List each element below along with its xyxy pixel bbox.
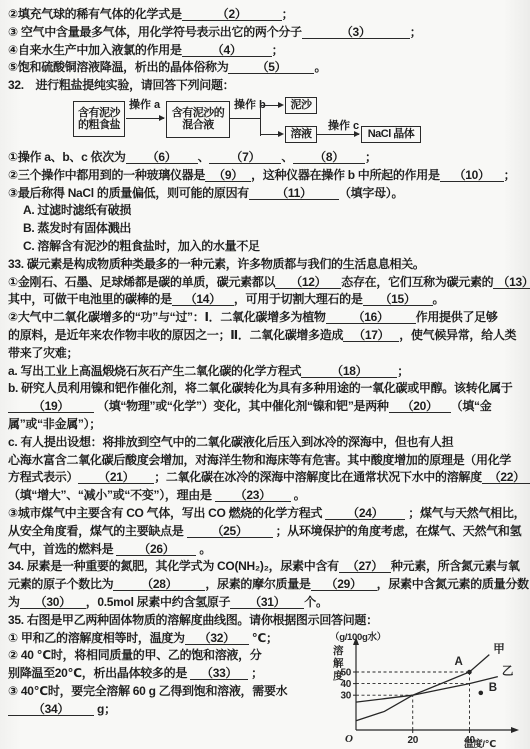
text-run: ③城市煤气中主要含有 CO 气体，写出 CO 燃烧的化学方程式 [8, 506, 325, 520]
text-run: 心海水富含二氧化碳后酸度会增加，对海洋生物和海床等有危害。其中酸度增加的原理是（… [8, 453, 511, 467]
text-run: ；煤气与天然气相比， [405, 506, 525, 520]
text-line: 属”或“非金属”）； [8, 416, 522, 434]
text-run: g； [94, 702, 116, 716]
text-run: 35. 右图是甲乙两种固体物质的溶解度曲线图。请你根据图示回答问题： [8, 613, 378, 627]
question-31-blanks: ②填充气球的稀有气体的化学式是（2）；③ 空气中含量最多气体，用化学符号表示出它… [8, 6, 522, 95]
text-line: ② 40 ℃时，将相同质量的甲、乙的饱和溶液，分 [8, 647, 326, 665]
answer-blank-11: （11） [249, 185, 339, 200]
text-run: A. 过滤时滤纸有破损 [23, 203, 131, 217]
text-run: 34. 尿素是一种重要的氮肥，其化学式为 CO(NH₂)₂，尿素中含有 [8, 559, 339, 573]
question-35-body: ① 甲和乙的溶解度相等时，温度为（32） ℃；② 40 ℃时，将相同质量的甲、乙… [8, 630, 522, 749]
text-run: 气中，首选的燃料是 [8, 542, 116, 556]
chart-x-axis-label: 温度/℃ [464, 738, 496, 749]
question-35-heading: 35. 右图是甲乙两种固体物质的溶解度曲线图。请你根据图示回答问题： [8, 612, 522, 630]
text-line: 元素的原子个数比为（28），尿素的摩尔质量是（29），尿素中含氮元素的质量分数 [8, 576, 522, 594]
text-run: 方程式表示） [8, 470, 78, 484]
text-run: ℃； [249, 631, 278, 645]
chart-point-label: A [454, 656, 462, 668]
flowchart-branch-bottom-head [278, 131, 284, 137]
flowchart-arrow-c-line [317, 134, 359, 135]
answer-blank-27: （27） [339, 558, 391, 573]
text-run: 带来了灾难； [8, 346, 78, 360]
answer-blank-28: （28） [113, 576, 205, 591]
purification-flowchart: 含有泥沙的粗食盐 操作 a 含有泥沙的混合液 操作 b 泥沙 溶液 操作 c N… [8, 97, 522, 147]
text-run: ⑤饱和硫酸铜溶液降温，析出的晶体俗称为 [8, 60, 228, 74]
text-run: ，可用于切割大理石的是 [234, 292, 363, 306]
text-run: 其中，可做干电池里的碳棒的是 [8, 292, 172, 306]
chart-series-label: 甲 [493, 642, 504, 655]
text-run: 、 [281, 150, 293, 164]
text-line: ②大气中二氧化碳增多的“功”与“过”：Ⅰ．二氧化碳增多为植物（16）作用提供了足… [8, 309, 522, 327]
text-run: 。 [433, 292, 445, 306]
text-line: ④自来水生产中加入液氯的作用是（4）； [8, 42, 522, 60]
text-run: ，0.5mol 尿素中约含氢原子 [86, 595, 231, 609]
answer-blank-6: （6） [126, 149, 198, 164]
answer-blank-31: （31） [230, 594, 304, 609]
text-line: 方程式表示）（21）；二氧化碳在冰冷的深海中溶解度比在通常状况下水中的溶解度（2… [8, 469, 522, 487]
text-run: 态存在，它们互称为碳元素的 [341, 275, 493, 289]
text-run: ②大气中二氧化碳增多的“功”与“过”：Ⅰ．二氧化碳增多为植物 [8, 310, 326, 324]
answer-blank-20: （20） [389, 398, 451, 413]
answer-blank-30: （30） [20, 594, 86, 609]
chart-series-label: 乙 [502, 664, 514, 677]
answer-blank-17: （17） [343, 327, 399, 342]
text-run: ； [248, 666, 263, 680]
text-line: （34） g； [8, 701, 326, 719]
chart-y-axis-label: 度 [333, 669, 344, 682]
text-line: （填“增大”、“减小”或“不变”），理由是 （23） 。 [8, 487, 522, 505]
chart-unit-label: （g/100g水） [330, 631, 386, 643]
text-line: B. 蒸发时有固体溅出 [8, 220, 522, 238]
text-run: 32. 进行粗盐提纯实验，请回答下列问题： [8, 78, 234, 92]
text-run: ； [365, 150, 377, 164]
text-run: ①金刚石、石墨、足球烯都是碳的单质，碳元素都以 [8, 275, 275, 289]
answer-blank-22: （22） [482, 469, 530, 484]
text-run: ；二氧化碳在冰冷的深海中溶解度比在通常状况下水中的溶解度 [154, 470, 482, 484]
text-run: 33. 碳元素是构成物质种类最多的一种元素，许多物质都与我们的生活息息相关。 [8, 257, 425, 271]
text-run: ③最后称得 NaCl 的质量偏低，则可能的原因有 [8, 186, 249, 200]
answer-blank-14: （14） [172, 291, 234, 306]
text-line: ②三个操作中都用到的一种玻璃仪器是（9），这种仪器在操作 b 中所起的作用是（1… [8, 167, 522, 185]
chart-y-tick-label: 30 [340, 690, 351, 701]
exam-page: ②填充气球的稀有气体的化学式是（2）；③ 空气中含量最多气体，用化学符号表示出它… [0, 0, 530, 749]
answer-blank-8: （8） [293, 149, 365, 164]
text-line: c. 有人提出设想：将排放到空气中的二氧化碳液化后压入到冰冷的深海中，但也有人担 [8, 434, 522, 452]
text-run: a. 写出工业上高温煅烧石灰石产生二氧化碳的化学方程式 [8, 364, 301, 378]
text-run: ②三个操作中都用到的一种玻璃仪器是 [8, 168, 205, 182]
text-run: （填“物理”或“化学”）变化，其中催化剂“镍和钯”是两种 [94, 399, 389, 413]
text-line: 心海水富含二氧化碳后酸度会增加，对海洋生物和海床等有危害。其中酸度增加的原理是（… [8, 452, 522, 470]
text-run: 属”或“非金属”）； [8, 417, 101, 431]
text-run: ； [272, 43, 284, 57]
flowchart-box-nacl: NaCl 晶体 [361, 126, 421, 143]
text-run: 从安全角度看，煤气的主要缺点是 [8, 524, 187, 538]
text-run: ③ 40℃时，要完全溶解 60 g 乙得到饱和溶液，需要水 [8, 684, 287, 698]
text-run: B. 蒸发时有固体溅出 [23, 221, 131, 235]
text-line: 气中，首选的燃料是 （26） 。 [8, 541, 522, 559]
text-run: ，尿素中含氮元素的质量分数 [377, 577, 529, 591]
answer-blank-9: （9） [205, 167, 251, 182]
question-35-items: ① 甲和乙的溶解度相等时，温度为（32） ℃；② 40 ℃时，将相同质量的甲、乙… [8, 630, 326, 719]
text-line: ③城市煤气中主要含有 CO 气体，写出 CO 燃烧的化学方程式 （24） ；煤气… [8, 505, 522, 523]
text-run: 。 [196, 542, 211, 556]
text-line: A. 过滤时滤纸有破损 [8, 202, 522, 220]
question-33: 33. 碳元素是构成物质种类最多的一种元素，许多物质都与我们的生活息息相关。①金… [8, 256, 522, 559]
text-line: ① 甲和乙的溶解度相等时，温度为（32） ℃； [8, 630, 326, 648]
text-line: ⑤饱和硫酸铜溶液降温，析出的晶体俗称为（5）。 [8, 59, 522, 77]
text-run: ④自来水生产中加入液氯的作用是 [8, 43, 182, 57]
text-run: C. 溶解含有泥沙的粗食盐时，加入的水量不足 [23, 239, 260, 253]
answer-blank-25: （25） [187, 523, 273, 538]
answer-blank-33: （33） [190, 665, 248, 680]
flowchart-box-crude-salt: 含有泥沙的粗食盐 [73, 101, 125, 137]
answer-blank-34: （34） [8, 701, 94, 716]
text-run: 种元素，所含氮元素与氧 [391, 559, 520, 573]
flowchart-arrow-b-line [230, 118, 260, 119]
question-32: ①操作 a、b、c 依次为（6）、（7）、（8）；②三个操作中都用到的一种玻璃仪… [8, 149, 522, 256]
question-34: 34. 尿素是一种重要的氮肥，其化学式为 CO(NH₂)₂，尿素中含有（27）种… [8, 558, 522, 611]
answer-blank-3: （3） [302, 24, 410, 39]
answer-blank-15: （15） [363, 291, 433, 306]
text-run: 。 [314, 60, 326, 74]
text-line: 的原料，是近年来农作物丰收的原因之一；Ⅱ．二氧化碳增多造成（17），使气候异常，… [8, 327, 522, 345]
answer-blank-18: （18） [301, 363, 397, 378]
text-line: 32. 进行粗盐提纯实验，请回答下列问题： [8, 77, 522, 95]
text-line: 34. 尿素是一种重要的氮肥，其化学式为 CO(NH₂)₂，尿素中含有（27）种… [8, 558, 522, 576]
text-run: ；从环境保护的角度考虑，在煤气、天然气和氢 [273, 524, 522, 538]
text-run: ； [282, 7, 294, 21]
text-run: 为 [8, 595, 20, 609]
chart-y-axis-label: 溶 [333, 644, 344, 657]
flowchart-arrow-c-head [354, 131, 360, 137]
text-run: ； [504, 168, 516, 182]
text-run: 元素的原子个数比为 [8, 577, 113, 591]
chart-x-tick-label: 20 [407, 735, 418, 746]
text-run: ③ 空气中含量最多气体，用化学符号表示出它的两个分子 [8, 25, 302, 39]
text-run: 别降温至20℃，析出晶体较多的是 [8, 666, 190, 680]
text-line: 别降温至20℃，析出晶体较多的是 （33） ； [8, 665, 326, 683]
flowchart-box-mud: 泥沙 [285, 97, 317, 114]
text-line: 带来了灾难； [8, 345, 522, 363]
text-run: c. 有人提出设想：将排放到空气中的二氧化碳液化后压入到冰冷的深海中，但也有人担 [8, 435, 453, 449]
chart-y-axis-label: 解 [333, 656, 344, 669]
text-run: 的原料，是近年来农作物丰收的原因之一；Ⅱ．二氧化碳增多造成 [8, 328, 343, 342]
chart-point-a [467, 669, 472, 674]
flowchart-branch-top-head [278, 102, 284, 108]
text-run: 个。 [304, 595, 327, 609]
answer-blank-26: （26） [116, 541, 196, 556]
text-line: ③ 40℃时，要完全溶解 60 g 乙得到饱和溶液，需要水 [8, 683, 326, 701]
text-line: ②填充气球的稀有气体的化学式是（2）； [8, 6, 522, 24]
text-line: 为（30），0.5mol 尿素中约含氢原子（31）个。 [8, 594, 522, 612]
text-line: ①金刚石、石墨、足球烯都是碳的单质，碳元素都以（12）态存在，它们互称为碳元素的… [8, 274, 522, 292]
answer-blank-5: （5） [228, 59, 314, 74]
text-run: ，尿素的摩尔质量是 [205, 577, 310, 591]
text-run: 作用提供了足够 [416, 310, 498, 324]
text-run: ； [397, 364, 409, 378]
chart-x-arrow [511, 727, 519, 733]
flowchart-box-solution: 溶液 [285, 126, 317, 143]
text-run: （填“增大”、“减小”或“不变”），理由是 [8, 488, 215, 502]
text-line: C. 溶解含有泥沙的粗食盐时，加入的水量不足 [8, 238, 522, 256]
text-line: 从安全角度看，煤气的主要缺点是 （25） ；从环境保护的角度考虑，在煤气、天然气… [8, 523, 522, 541]
answer-blank-24: （24） [325, 505, 405, 520]
text-run: ① 甲和乙的溶解度相等时，温度为 [8, 631, 185, 645]
chart-point-label: B [489, 681, 497, 693]
text-line: 35. 右图是甲乙两种固体物质的溶解度曲线图。请你根据图示回答问题： [8, 612, 522, 630]
text-line: （19） （填“物理”或“化学”）变化，其中催化剂“镍和钯”是两种（20）（填“… [8, 398, 522, 416]
text-run: b. 研究人员利用镍和钯作催化剂，将二氧化碳转化为具有多种用途的一氧化碳或甲醇。… [8, 381, 513, 395]
answer-blank-21: （21） [78, 469, 154, 484]
text-line: ③最后称得 NaCl 的质量偏低，则可能的原因有（11）（填字母）。 [8, 185, 522, 203]
answer-blank-32: （32） [185, 630, 249, 645]
answer-blank-29: （29） [311, 576, 377, 591]
text-run: 、 [198, 150, 210, 164]
answer-blank-2: （2） [182, 6, 282, 21]
flowchart-arrow-a-head [159, 115, 165, 121]
text-run: （填字母）。 [339, 186, 403, 200]
solubility-chart-svg: 2040304050甲乙AB（g/100g水）溶解度温度/℃O [326, 630, 522, 749]
text-run: ② 40 ℃时，将相同质量的甲、乙的饱和溶液，分 [8, 648, 262, 662]
chart-point-b [479, 690, 484, 695]
text-line: ①操作 a、b、c 依次为（6）、（7）、（8）； [8, 149, 522, 167]
flowchart-fork-line [260, 105, 261, 136]
text-line: a. 写出工业上高温煅烧石灰石产生二氧化碳的化学方程式（18）； [8, 363, 522, 381]
text-line: b. 研究人员利用镍和钯作催化剂，将二氧化碳转化为具有多种用途的一氧化碳或甲醇。… [8, 380, 522, 398]
flowchart-op-a-label: 操作 a [129, 96, 160, 112]
answer-blank-7: （7） [209, 149, 281, 164]
text-run: ，这种仪器在操作 b 中所起的作用是 [251, 168, 440, 182]
answer-blank-10: （10） [440, 167, 504, 182]
text-line: 其中，可做干电池里的碳棒的是（14），可用于切割大理石的是（15）。 [8, 291, 522, 309]
text-run: （填“金 [451, 399, 492, 413]
text-run: ①操作 a、b、c 依次为 [8, 150, 126, 164]
text-run: 。 [291, 488, 306, 502]
chart-origin-label: O [345, 733, 353, 745]
text-line: ③ 空气中含量最多气体，用化学符号表示出它的两个分子（3）； [8, 24, 522, 42]
answer-blank-13: （13） [493, 274, 530, 289]
flowchart-box-mixture: 含有泥沙的混合液 [166, 101, 230, 138]
answer-blank-23: （23） [215, 487, 291, 502]
answer-blank-19: （19） [8, 398, 94, 413]
text-line: 33. 碳元素是构成物质种类最多的一种元素，许多物质都与我们的生活息息相关。 [8, 256, 522, 274]
text-run: ②填充气球的稀有气体的化学式是 [8, 7, 182, 21]
answer-blank-12: （12） [275, 274, 341, 289]
answer-blank-16: （16） [326, 309, 416, 324]
answer-blank-4: （4） [182, 42, 272, 57]
solubility-chart: 2040304050甲乙AB（g/100g水）溶解度温度/℃O [326, 630, 522, 749]
text-run: ； [410, 25, 422, 39]
text-run: ，使气候异常，给人类 [399, 328, 516, 342]
